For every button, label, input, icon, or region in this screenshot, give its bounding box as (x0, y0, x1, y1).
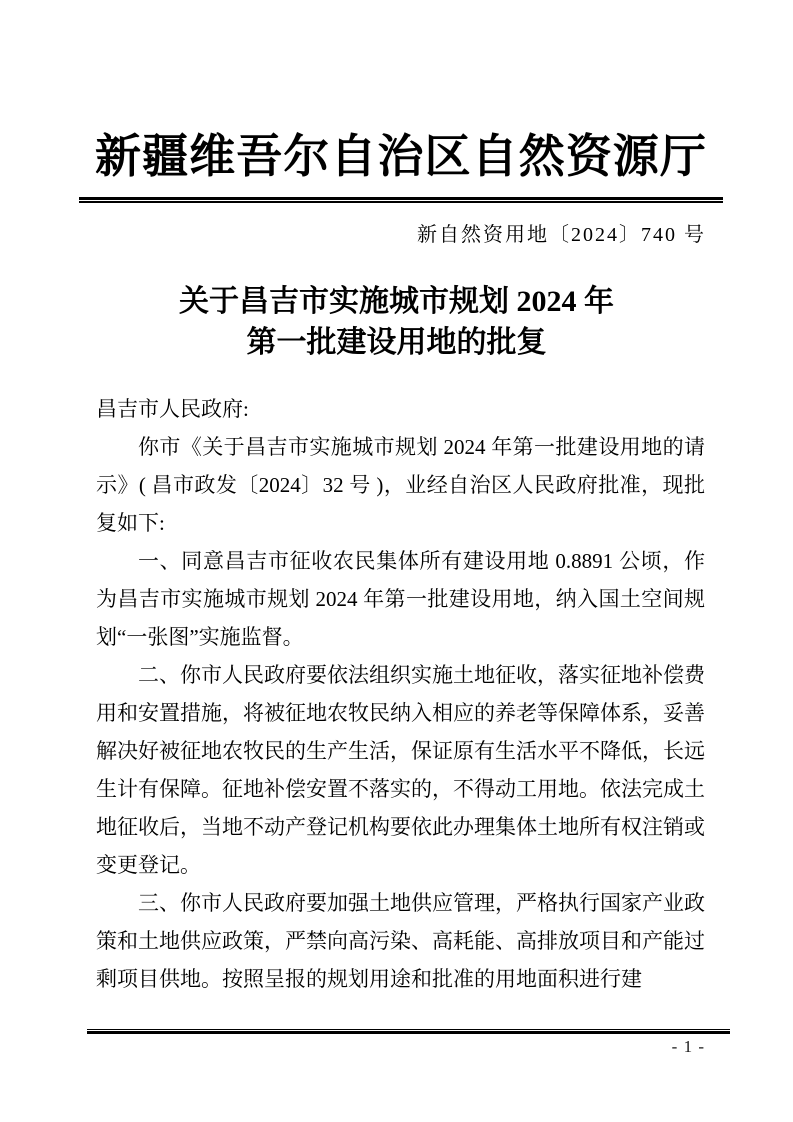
body-paragraph-3: 二、你市人民政府要依法组织实施土地征收，落实征地补偿费用和安置措施，将被征地农牧… (96, 656, 705, 884)
footer-double-rule (87, 1029, 730, 1034)
agency-masthead: 新疆维吾尔自治区自然资源厅 (95, 129, 706, 185)
body-paragraph-4: 三、你市人民政府要加强土地供应管理，严格执行国家产业政策和土地供应政策，严禁向高… (96, 884, 705, 998)
header-rule-thin-line (79, 201, 723, 203)
body-paragraph-2: 一、同意昌吉市征收农民集体所有建设用地 0.8891 公顷，作为昌吉市实施城市规… (96, 542, 705, 656)
document-title-line-2: 第一批建设用地的批复 (60, 322, 733, 363)
document-title: 关于昌吉市实施城市规划 2024 年 第一批建设用地的批复 (60, 281, 733, 363)
footer-rule-thick-line (87, 1031, 730, 1034)
official-document-page: 新疆维吾尔自治区自然资源厅 新自然资用地〔2024〕740 号 关于昌吉市实施城… (0, 0, 793, 1122)
document-title-line-1: 关于昌吉市实施城市规划 2024 年 (60, 281, 733, 322)
body-paragraph-1: 你市《关于昌吉市实施城市规划 2024 年第一批建设用地的请示》( 昌市政发〔2… (96, 428, 705, 542)
salutation: 昌吉市人民政府: (96, 390, 705, 428)
page-number: - 1 - (95, 1037, 705, 1057)
header-double-rule (79, 197, 723, 203)
document-number: 新自然资用地〔2024〕740 号 (95, 222, 706, 248)
document-body: 昌吉市人民政府: 你市《关于昌吉市实施城市规划 2024 年第一批建设用地的请示… (96, 390, 705, 998)
